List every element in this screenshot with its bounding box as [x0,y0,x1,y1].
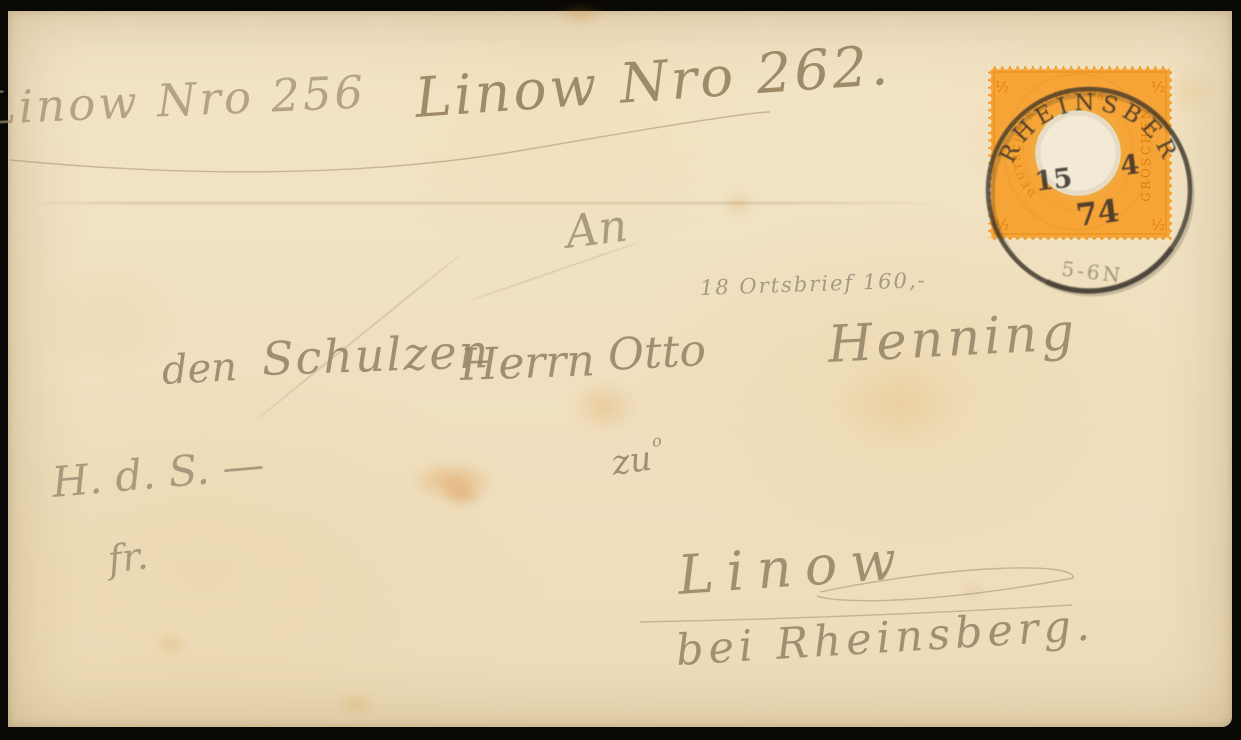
side-note-franco: fr. [105,533,150,582]
foxing-stain [432,478,492,512]
foxing-stain [330,690,382,718]
address-zu: zu [609,439,654,484]
foxing-stain [545,2,615,28]
address-word: Herrn [459,335,596,391]
address-word: den [161,344,238,394]
address-word: Schulzen [261,324,491,386]
rheinsberg-postmark: RHEINSBERG 15 4 74 5-6N [975,75,1205,307]
photographed-postal-cover: Linow Nro 256 Linow Nro 262. An 18 Ortsb… [0,0,1241,740]
postmark-year: 74 [1074,193,1121,234]
postmark-day: 15 [1033,162,1074,197]
postmark-time-code: 5-6N [1060,256,1124,287]
stamp-perforation [987,63,1173,70]
postmark-month: 4 [1119,149,1141,182]
salutation: An [563,199,630,259]
postmark-date: 15 4 74 [1032,149,1146,238]
address-word: Otto [607,325,707,381]
foxing-stain [148,628,194,662]
docket-underline-flourish [4,108,784,203]
